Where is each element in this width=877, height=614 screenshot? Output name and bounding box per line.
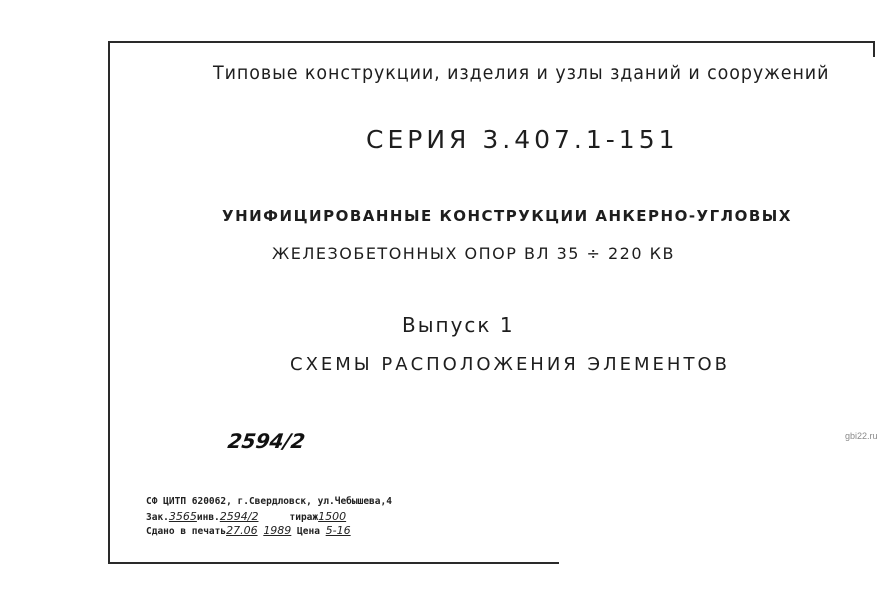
issue-label: Выпуск 1 — [402, 313, 515, 337]
frame-border-left — [108, 41, 110, 564]
frame-border-top — [108, 41, 875, 43]
order-value: 3565 — [169, 510, 197, 523]
imprint-signed: Сдано в печать27.06 1989 Цена 5-16 — [146, 524, 374, 537]
issue-subtitle: СХЕМЫ РАСПОЛОЖЕНИЯ ЭЛЕМЕНТОВ — [290, 354, 730, 375]
inv-value: 2594/2 — [220, 510, 284, 523]
order-label: Зак. — [146, 512, 169, 523]
document-title-line-2: ЖЕЛЕЗОБЕТОННЫХ ОПОР ВЛ 35 ÷ 220 КВ — [272, 244, 675, 263]
series-title: СЕРИЯ 3.407.1-151 — [366, 125, 679, 154]
signed-date: 27.06 — [226, 524, 258, 537]
imprint-order: Зак.3565инв.2594/2 тираж1500 — [146, 510, 366, 523]
signed-label: Сдано в печать — [146, 526, 226, 537]
price-value: 5-16 — [326, 524, 374, 537]
print-run-value: 1500 — [318, 510, 366, 523]
publisher-line: СФ ЦИТП 620062, г.Свердловск, ул.Чебышев… — [146, 496, 392, 507]
document-title-line-1: УНИФИЦИРОВАННЫЕ КОНСТРУКЦИИ АНКЕРНО-УГЛО… — [222, 207, 792, 225]
signed-year: 1989 — [263, 524, 291, 537]
price-label: Цена — [297, 526, 320, 537]
print-run-label: тираж — [290, 512, 319, 523]
watermark: gbi22.ru — [845, 431, 877, 441]
frame-border-bottom — [108, 562, 559, 564]
imprint-publisher: СФ ЦИТП 620062, г.Свердловск, ул.Чебышев… — [146, 496, 392, 507]
inv-label: инв. — [197, 512, 220, 523]
frame-border-right — [873, 41, 875, 57]
inventory-number: 2594/2 — [226, 429, 306, 453]
category-line: Типовые конструкции, изделия и узлы здан… — [213, 62, 829, 84]
